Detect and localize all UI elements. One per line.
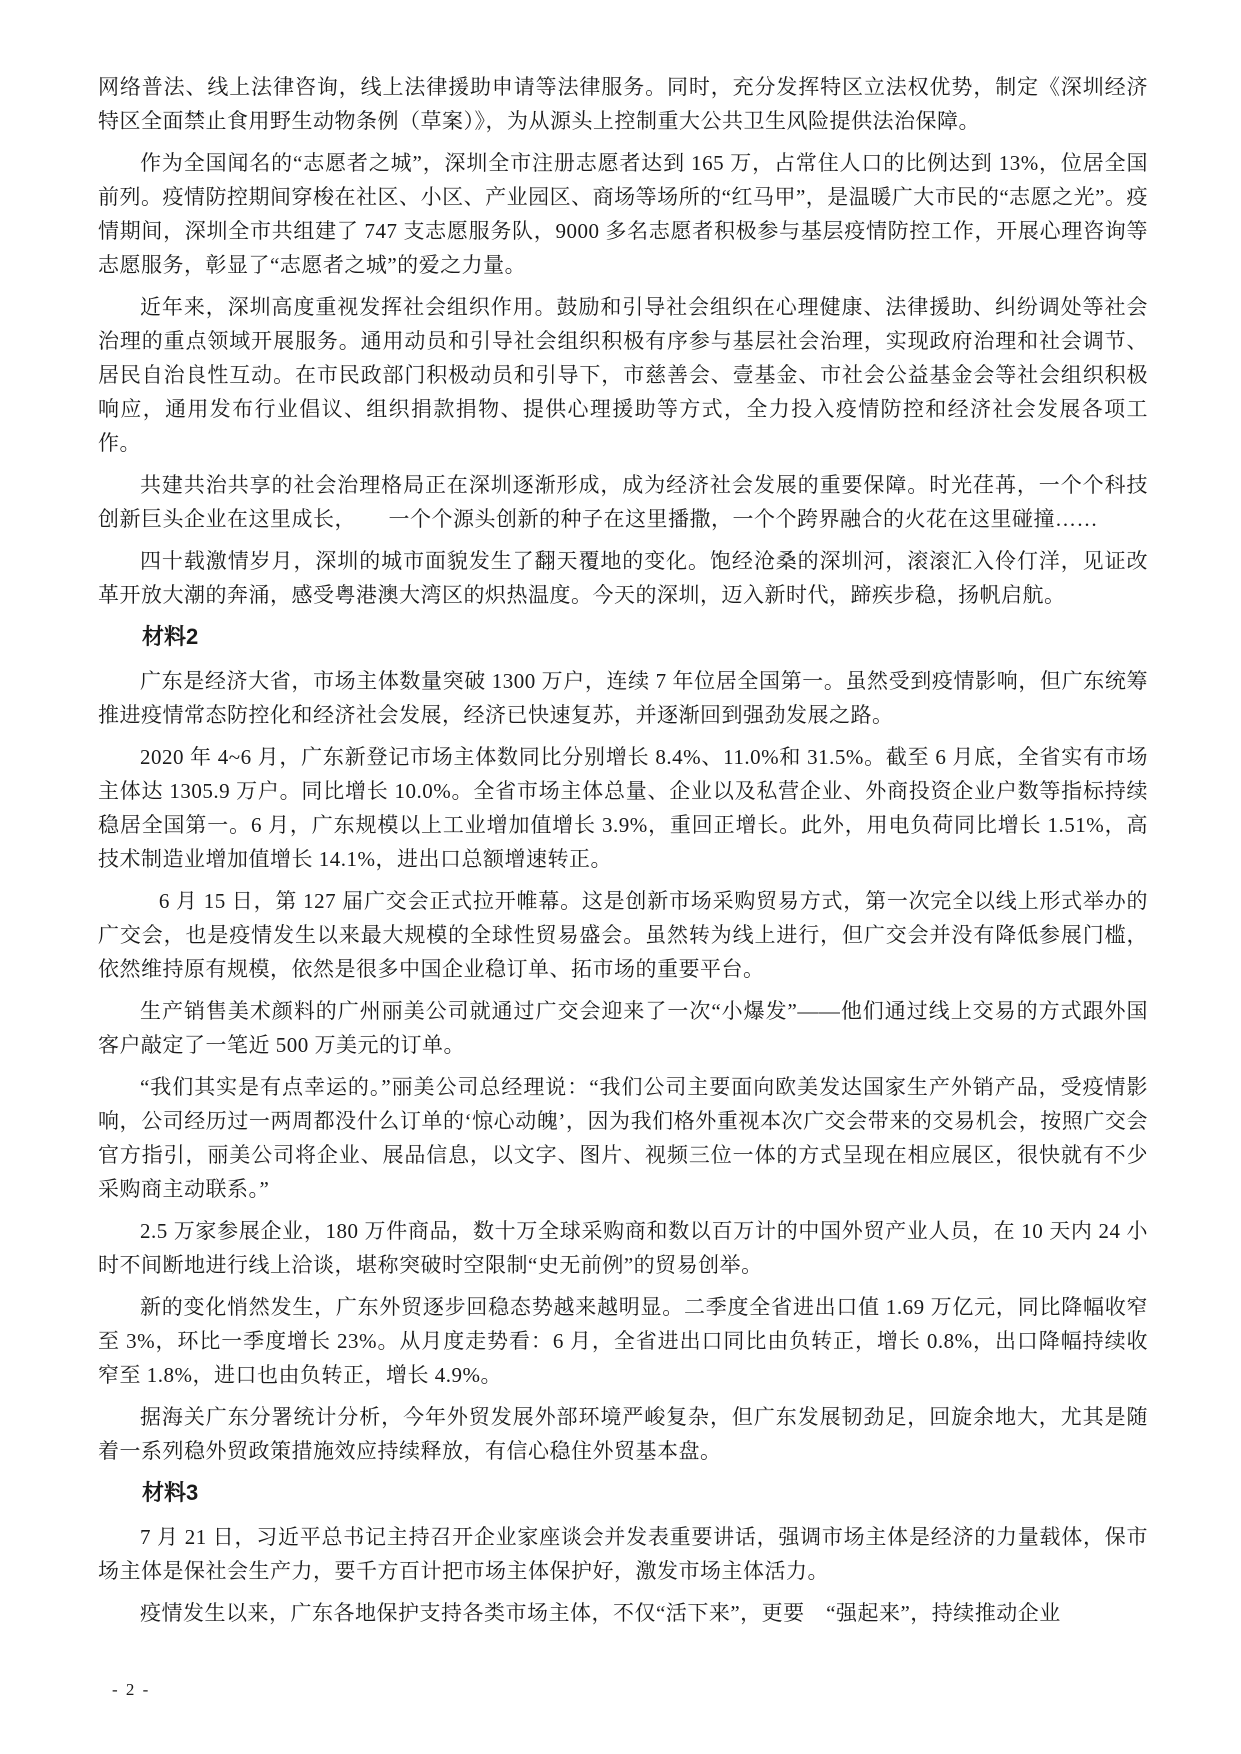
paragraph: 疫情发生以来，广东各地保护支持各类市场主体，不仅“活下来”，更要 “强起来”，持…	[98, 1596, 1148, 1630]
paragraph: 作为全国闻名的“志愿者之城”，深圳全市注册志愿者达到 165 万，占常住人口的比…	[98, 146, 1148, 282]
paragraph: 2020 年 4~6 月，广东新登记市场主体数同比分别增长 8.4%、11.0%…	[98, 740, 1148, 876]
document-body: 网络普法、线上法律咨询，线上法律援助申请等法律服务。同时，充分发挥特区立法权优势…	[98, 70, 1148, 1638]
paragraph: 四十载激情岁月，深圳的城市面貌发生了翻天覆地的变化。饱经沧桑的深圳河，滚滚汇入伶…	[98, 544, 1148, 612]
paragraph: 据海关广东分署统计分析，今年外贸发展外部环境严峻复杂，但广东发展韧劲足，回旋余地…	[98, 1400, 1148, 1468]
paragraph: 7 月 21 日，习近平总书记主持召开企业家座谈会并发表重要讲话，强调市场主体是…	[98, 1520, 1148, 1588]
page-number: - 2 -	[112, 1680, 150, 1700]
paragraph: 新的变化悄然发生，广东外贸逐步回稳态势越来越明显。二季度全省进出口值 1.69 …	[98, 1290, 1148, 1392]
material-3-heading: 材料3	[98, 1476, 1148, 1510]
paragraph: 网络普法、线上法律咨询，线上法律援助申请等法律服务。同时，充分发挥特区立法权优势…	[98, 70, 1148, 138]
paragraph: 2.5 万家参展企业，180 万件商品，数十万全球采购商和数以百万计的中国外贸产…	[98, 1214, 1148, 1282]
paragraph: 广东是经济大省，市场主体数量突破 1300 万户，连续 7 年位居全国第一。虽然…	[98, 664, 1148, 732]
material-2-heading: 材料2	[98, 620, 1148, 654]
paragraph: 生产销售美术颜料的广州丽美公司就通过广交会迎来了一次“小爆发”——他们通过线上交…	[98, 994, 1148, 1062]
paragraph: 6 月 15 日，第 127 届广交会正式拉开帷幕。这是创新市场采购贸易方式，第…	[98, 884, 1148, 986]
paragraph: “我们其实是有点幸运的。”丽美公司总经理说：“我们公司主要面向欧美发达国家生产外…	[98, 1070, 1148, 1206]
document-page: 网络普法、线上法律咨询，线上法律援助申请等法律服务。同时，充分发挥特区立法权优势…	[0, 0, 1241, 1754]
paragraph: 共建共治共享的社会治理格局正在深圳逐渐形成，成为经济社会发展的重要保障。时光荏苒…	[98, 468, 1148, 536]
paragraph: 近年来，深圳高度重视发挥社会组织作用。鼓励和引导社会组织在心理健康、法律援助、纠…	[98, 290, 1148, 460]
